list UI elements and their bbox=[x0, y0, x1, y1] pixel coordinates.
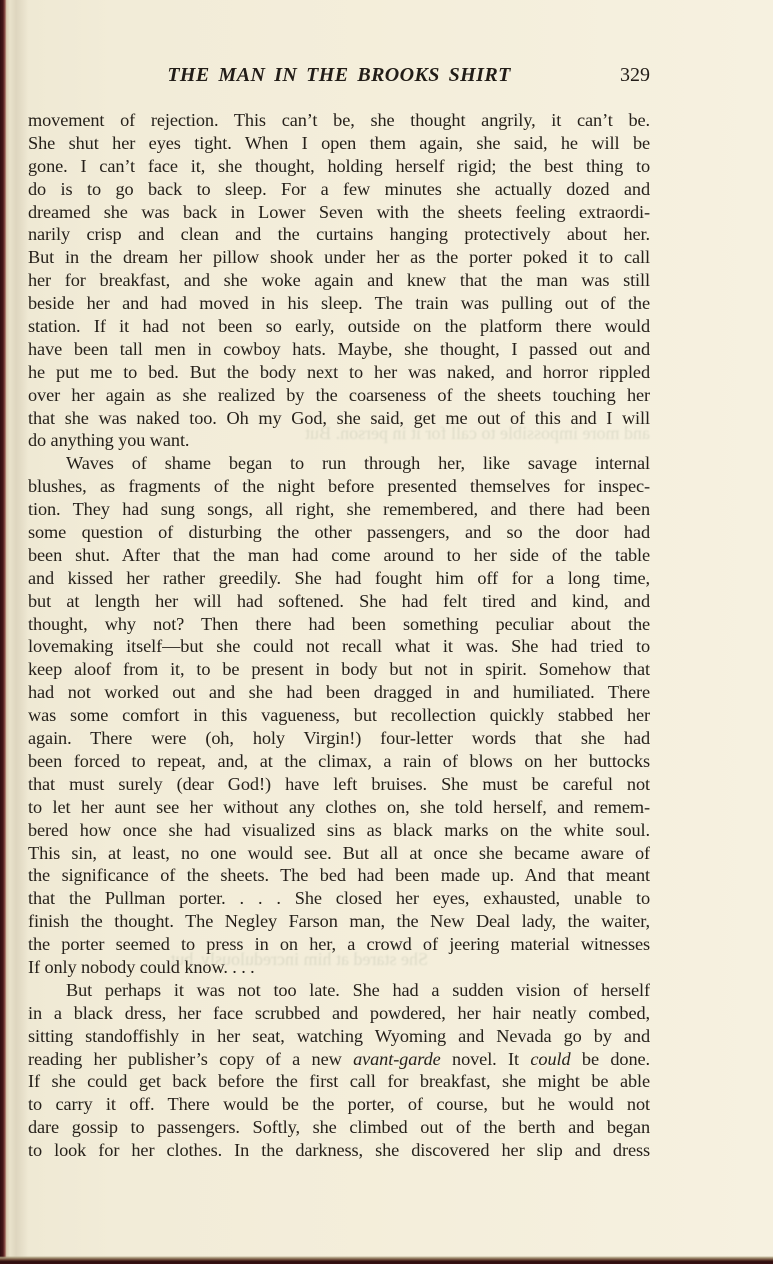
text-line: the significance of the sheets. The bed … bbox=[28, 864, 650, 887]
page-number: 329 bbox=[620, 64, 650, 87]
text-line: he put me to bed. But the body next to h… bbox=[28, 361, 650, 384]
book-edge-bottom bbox=[0, 1256, 773, 1264]
text-line: station. If it had not been so early, ou… bbox=[28, 315, 650, 338]
text-line: sitting standoffishly in her seat, watch… bbox=[28, 1025, 650, 1048]
running-title: THE MAN IN THE BROOKS SHIRT bbox=[28, 64, 650, 87]
text-line: do is to go back to sleep. For a few min… bbox=[28, 178, 650, 201]
text-line: the porter seemed to press in on her, a … bbox=[28, 933, 650, 956]
text-line: If only nobody could know. . . . bbox=[28, 956, 650, 979]
text-line: tion. They had sung songs, all right, sh… bbox=[28, 498, 650, 521]
text-line: beside her and had moved in his sleep. T… bbox=[28, 292, 650, 315]
text-line: But in the dream her pillow shook under … bbox=[28, 246, 650, 269]
text-line: thought, why not? Then there had been so… bbox=[28, 613, 650, 636]
text-line: gone. I can’t face it, she thought, hold… bbox=[28, 155, 650, 178]
paragraph: movement of rejection. This can’t be, sh… bbox=[28, 109, 650, 452]
text-line: that must surely (dear God!) have left b… bbox=[28, 773, 650, 796]
text-line: again. There were (oh, holy Virgin!) fou… bbox=[28, 727, 650, 750]
text-line: But perhaps it was not too late. She had… bbox=[28, 979, 650, 1002]
text-line: been shut. After that the man had come a… bbox=[28, 544, 650, 567]
text-line: reading her publisher’s copy of a new av… bbox=[28, 1048, 650, 1071]
text-line: in a black dress, her face scrubbed and … bbox=[28, 1002, 650, 1025]
text-line: that the Pullman porter. . . . She close… bbox=[28, 887, 650, 910]
book-edge-left bbox=[0, 0, 28, 1264]
text-line: bered how once she had visualized sins a… bbox=[28, 819, 650, 842]
text-line: have been tall men in cowboy hats. Maybe… bbox=[28, 338, 650, 361]
text-line: her for breakfast, and she woke again an… bbox=[28, 269, 650, 292]
text-line: over her again as she realized by the co… bbox=[28, 384, 650, 407]
running-header: THE MAN IN THE BROOKS SHIRT 329 bbox=[28, 64, 650, 90]
text-line: Waves of shame began to run through her,… bbox=[28, 452, 650, 475]
text-line: to look for her clothes. In the darkness… bbox=[28, 1139, 650, 1162]
text-line: keep aloof from it, to be present in bod… bbox=[28, 658, 650, 681]
text-line: that she was naked too. Oh my God, she s… bbox=[28, 407, 650, 430]
paragraph: Waves of shame began to run through her,… bbox=[28, 452, 650, 978]
text-line: blushes, as fragments of the night befor… bbox=[28, 475, 650, 498]
text-line: narily crisp and clean and the curtains … bbox=[28, 223, 650, 246]
text-line: If she could get back before the first c… bbox=[28, 1070, 650, 1093]
text-line: had not worked out and she had been drag… bbox=[28, 681, 650, 704]
text-line: to carry it off. There would be the port… bbox=[28, 1093, 650, 1116]
text-line: dare gossip to passengers. Softly, she c… bbox=[28, 1116, 650, 1139]
text-line: been forced to repeat, and, at the clima… bbox=[28, 750, 650, 773]
text-line: finish the thought. The Negley Farson ma… bbox=[28, 910, 650, 933]
book-page: and more impossible to call for it in pe… bbox=[0, 0, 773, 1264]
paragraph: But perhaps it was not too late. She had… bbox=[28, 979, 650, 1162]
text-line: lovemaking itself—but she could not reca… bbox=[28, 635, 650, 658]
text-line: This sin, at least, no one would see. Bu… bbox=[28, 842, 650, 865]
text-line: and kissed her rather greedily. She had … bbox=[28, 567, 650, 590]
text-line: to let her aunt see her without any clot… bbox=[28, 796, 650, 819]
text-line: dreamed she was back in Lower Seven with… bbox=[28, 201, 650, 224]
text-line: but at length her will had softened. She… bbox=[28, 590, 650, 613]
text-line: She shut her eyes tight. When I open the… bbox=[28, 132, 650, 155]
text-line: was some comfort in this vagueness, but … bbox=[28, 704, 650, 727]
text-line: movement of rejection. This can’t be, sh… bbox=[28, 109, 650, 132]
text-line: do anything you want. bbox=[28, 429, 650, 452]
text-line: some question of disturbing the other pa… bbox=[28, 521, 650, 544]
body-text: movement of rejection. This can’t be, sh… bbox=[28, 109, 650, 1162]
